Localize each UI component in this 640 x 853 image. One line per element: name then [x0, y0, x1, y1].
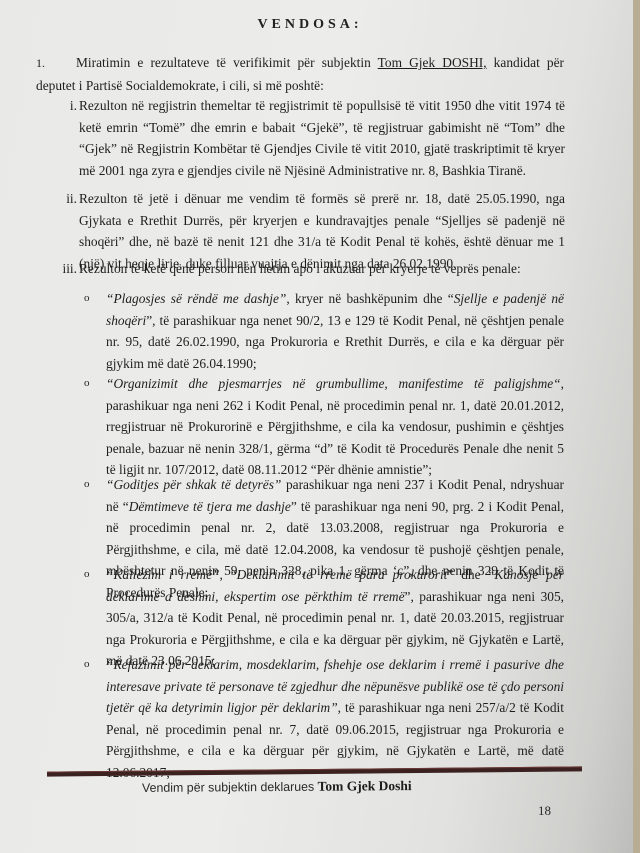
paragraph-text-before: Miratimin e rezultateve të verifikimit p…: [76, 55, 378, 70]
bullet-circle-icon: o: [84, 654, 90, 676]
finding-numeral: i.: [55, 95, 77, 117]
document-page: VENDOSA: 1.Miratimin e rezultateve të ve…: [0, 0, 633, 853]
finding-numeral: iii.: [55, 258, 77, 280]
case-offense: “Goditjes për shkak të detyrës”: [106, 477, 281, 492]
case-offense: “Plagosjes së rëndë me dashje”: [106, 291, 286, 306]
decision-paragraph-1: 1.Miratimin e rezultateve të verifikimit…: [36, 52, 564, 96]
case-item: o “Refuzimit për deklarim, mosdeklarim, …: [84, 654, 564, 784]
bullet-circle-icon: o: [84, 373, 90, 395]
finding-text: Rezulton në regjistrin themeltar të regj…: [79, 95, 565, 181]
subject-name: Tom Gjek DOSHI,: [378, 55, 487, 70]
finding-numeral: ii.: [55, 188, 77, 210]
finding-item: i. Rezulton në regjistrin themeltar të r…: [55, 95, 565, 181]
case-item: o “Plagosjes së rëndë me dashje”, kryer …: [84, 288, 564, 374]
case-details: , parashikuar nga neni 262 i Kodit Penal…: [106, 376, 564, 477]
footer-subject-name: Tom Gjek Doshi: [318, 778, 412, 794]
case-offense: “Organizimit dhe pjesmarrjes në grumbull…: [106, 376, 561, 391]
case-text: “Refuzimit për deklarim, mosdeklarim, fs…: [106, 654, 564, 784]
case-item: o “Organizimit dhe pjesmarrjes në grumbu…: [84, 373, 564, 481]
footer-caption: Vendim për subjektin deklarues Tom Gjek …: [142, 775, 412, 799]
footer-label: Vendim për subjektin deklarues: [142, 780, 318, 795]
page-number: 18: [538, 800, 551, 822]
case-text: “Organizimit dhe pjesmarrjes në grumbull…: [106, 373, 564, 481]
finding-item: iii. Rezulton të ketë qënë person nën he…: [55, 258, 565, 280]
bullet-circle-icon: o: [84, 288, 90, 310]
finding-text: Rezulton të ketë qënë person nën hetim a…: [79, 258, 565, 280]
case-offense: “Kallëzim i rremë”: [106, 567, 219, 582]
bullet-circle-icon: o: [84, 564, 90, 586]
paragraph-number: 1.: [36, 53, 76, 75]
document-heading: VENDOSA:: [0, 14, 620, 36]
case-text: “Plagosjes së rëndë me dashje”, kryer në…: [106, 288, 564, 374]
bullet-circle-icon: o: [84, 474, 90, 496]
